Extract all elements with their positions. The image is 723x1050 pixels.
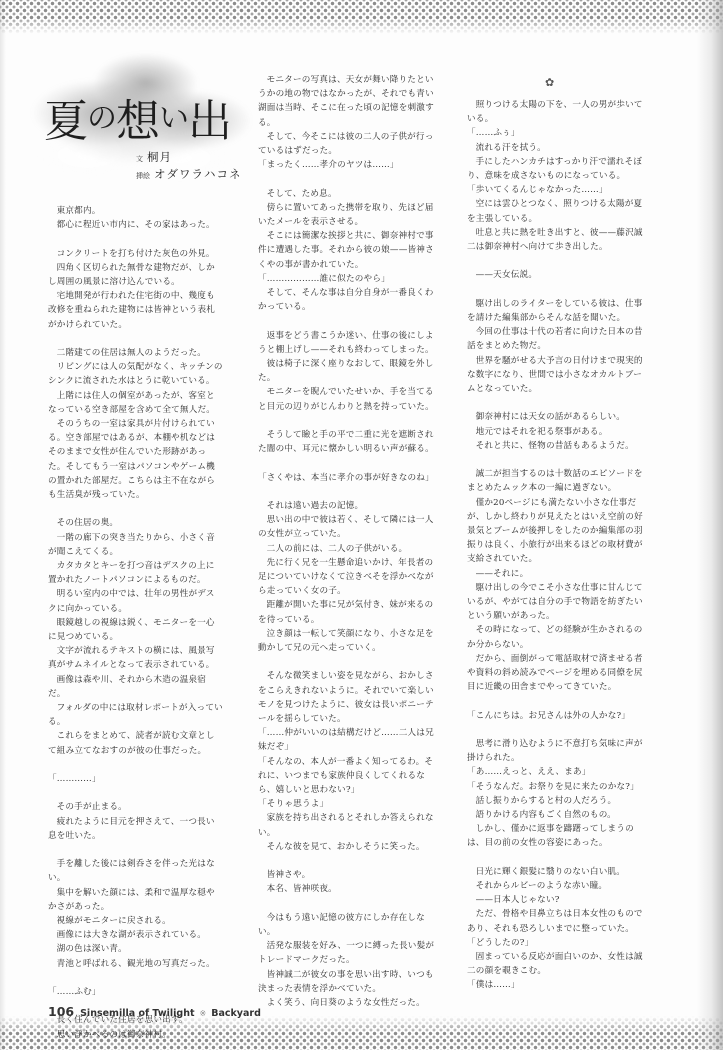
section-name: Backyard: [211, 1008, 261, 1019]
paragraph: 画像は森や川、それから木造の温泉宿だ。: [48, 673, 223, 701]
paragraph: 日光に輝く銀髪に翳りのない白い肌。: [467, 865, 647, 879]
paragraph-spacer: [467, 396, 647, 410]
dialogue-line: 「……ふぅ」: [467, 126, 647, 140]
dialogue-line: 「こんにちは。お兄さんは外の人かな?」: [467, 709, 647, 723]
magazine-page: 夏の想い出 文桐月 挿絵オダワラハコネ 東京都内。都心に程近い市内に、その家はあ…: [0, 0, 723, 1050]
paragraph: 照りつける太陽の下を、一人の男が歩いている。: [467, 98, 647, 126]
paragraph: 画像には大きな湖が表示されている。: [48, 928, 223, 942]
credit-illustrator: 挿絵オダワラハコネ: [136, 167, 242, 184]
credit-name: オダワラハコネ: [154, 167, 242, 181]
paragraph-spacer: [48, 786, 223, 800]
dialogue-line: 「……ふむ」: [48, 985, 223, 999]
paragraph: 空には雲ひとつなく、照りつける太陽が夏を主張している。: [467, 197, 647, 225]
series-title: Sinsemilla of Twilight: [80, 1008, 194, 1019]
paragraph-spacer: [467, 694, 647, 708]
paragraph: 流れる汗を拭う。: [467, 141, 647, 155]
paragraph: 一階の廊下の突き当たりから、小さく音が聞こえてくる。: [48, 531, 223, 559]
paragraph-spacer: [258, 485, 438, 499]
paragraph: ——天女伝説。: [467, 268, 647, 282]
dialogue-line: 「そんなの、本人が一番よく知ってるわ。それに、いつまでも家族仲良くしてくれるなら…: [258, 755, 438, 798]
paragraph: 誠二が担当するのは十数話のエピソードをまとめたムック本の一編に過ぎない。: [467, 467, 647, 495]
paragraph-spacer: [467, 453, 647, 467]
section-break-ornament-icon: ✿: [545, 76, 554, 89]
paragraph-spacer: [258, 456, 438, 470]
page-footer: 106Sinsemilla of Twilight※Backyard: [48, 1001, 261, 1020]
paragraph: それと共に、怪物の昔話もあるようだ。: [467, 439, 647, 453]
paragraph: 思考に滑り込むように不意打ち気味に声が掛けられた。: [467, 737, 647, 765]
story-title: 夏の想い出: [44, 100, 231, 144]
paragraph: 先に行く兄を一生懸命追いかけ、年長者の足についていけなくて泣きべそを浮かべながら…: [258, 556, 438, 599]
paragraph: リビングには人の気配がなく、キッチンのシンクに流された水はとうに乾いている。: [48, 360, 223, 388]
paragraph: そのうちの一室は家具が片付けられている。空き部屋ではあるが、本棚や机などはそのま…: [48, 417, 223, 502]
page-number: 106: [48, 1004, 74, 1019]
title-char: 出: [188, 96, 231, 147]
paragraph: 世界を騒がせる大予言の日付けまで現実的な数字になり、世間では小さなオカルトブーム…: [467, 354, 647, 397]
paragraph-spacer: [258, 414, 438, 428]
credit-author: 文桐月: [136, 150, 242, 167]
paragraph: 距離が開いた事に兄が気付き、妹が来るのを待っている。: [258, 598, 438, 626]
credit-name: 桐月: [147, 150, 172, 164]
paragraph: 固まっている反応が面白いのか、女性は誠二の顔を覗きこむ。: [467, 950, 647, 978]
paragraph: 東京都内。: [48, 204, 223, 218]
paragraph: 思い出の中で彼は若く、そして隣には一人の女性が立っていた。: [258, 513, 438, 541]
paragraph-spacer: [258, 854, 438, 868]
dialogue-line: 「歩いてくるんじゃなかった……」: [467, 183, 647, 197]
paragraph: だから、面倒がって電話取材で済ませる者や資料の斜め読みでページを埋める同僚を尻目…: [467, 652, 647, 695]
dialogue-line: 「あ……えっと、ええ、まあ」: [467, 765, 647, 779]
dialogue-line: 「そうなんだ。お祭りを見に来たのかな?」: [467, 780, 647, 794]
dialogue-line: 「僕は……」: [467, 978, 647, 992]
story-credits: 文桐月 挿絵オダワラハコネ: [136, 150, 242, 184]
paragraph: 青池と呼ばれる、観光地の写真だった。: [48, 957, 223, 971]
title-char: 夏: [44, 96, 87, 147]
paragraph: 手にしたハンカチはすっかり汗で濡れそぼり、意味を成さないものになっている。: [467, 155, 647, 183]
dialogue-line: 「…………」: [48, 772, 223, 786]
paragraph: コンクリートを打ち付けた灰色の外見。: [48, 247, 223, 261]
paragraph: それからルビーのような赤い瞳。: [467, 879, 647, 893]
paragraph: しかし、僅かに返事を躊躇ってしまうのは、目の前の女性の容姿にあった。: [467, 822, 647, 850]
paragraph: その時になって、どの経験が生かされるのか分からない。: [467, 623, 647, 651]
paragraph: 四角く区切られた無骨な建物だが、しかし周囲の風景に溶け込んでいる。: [48, 261, 223, 289]
text-column-2: モニターの写真は、天女が舞い降りたというかの地の物ではなかったが、それでも青い湖…: [258, 73, 438, 1010]
credit-role: 文: [136, 155, 143, 163]
paragraph-spacer: [48, 502, 223, 516]
paragraph: 湖の色は深い青。: [48, 942, 223, 956]
paragraph: 視線がモニターに戻される。: [48, 914, 223, 928]
paragraph: 疲れたように目元を押さえて、一つ長い息を吐いた。: [48, 815, 223, 843]
paragraph: 今はもう遠い記憶の彼方にしか存在しない。: [258, 911, 438, 939]
paragraph: そこには簡潔な挨拶と共に、御奈神村で事件に遭遇した事。それから彼の娘——皆神さく…: [258, 229, 438, 272]
paragraph: フォルダの中には取材レポートが入っている。: [48, 701, 223, 729]
dialogue-line: 「どうしたの?」: [467, 936, 647, 950]
paragraph: 吐息と共に熱を吐き出すと、彼——藤沢誠二は御奈神村へ向けて歩き出した。: [467, 226, 647, 254]
paragraph: モニターの写真は、天女が舞い降りたというかの地の物ではなかったが、それでも青い湖…: [258, 73, 438, 130]
paragraph: 二階建ての住居は無人のようだった。: [48, 346, 223, 360]
paragraph: 上階には住人の個室があったが、客室となっている空き部屋を含めて全て無人だ。: [48, 389, 223, 417]
paragraph: その住居の奥。: [48, 516, 223, 530]
paragraph: 駆け出しの今でこそ小さな仕事に甘んじているが、やがては自分の手で物語を紡ぎたいと…: [467, 581, 647, 624]
paragraph: その手が止まる。: [48, 800, 223, 814]
paragraph-spacer: [467, 723, 647, 737]
paragraph-spacer: [48, 758, 223, 772]
paragraph: 泣き顔は一転して笑顔になり、小さな足を動かして兄の元へ走っていく。: [258, 627, 438, 655]
paragraph: 家族を持ち出されるとそれしか答えられない。: [258, 811, 438, 839]
dialogue-line: 「………………誰に似たのやら」: [258, 272, 438, 286]
paragraph-spacer: [258, 897, 438, 911]
title-char: い: [159, 101, 188, 136]
paragraph: そして、ため息。: [258, 187, 438, 201]
paragraph: 手を離した後には剣呑さを伴った光はない。: [48, 857, 223, 885]
paragraph: そんな彼を見て、おかしそうに笑った。: [258, 840, 438, 854]
text-column-1: 東京都内。都心に程近い市内に、その家はあった。コンクリートを打ち付けた灰色の外見…: [48, 204, 223, 1042]
paragraph: 思い浮かべるのは御奈神村。: [48, 1028, 223, 1042]
paragraph: 宅地開発が行われた住宅街の中、幾度も改修を重ねられた建物には皆神という表札がかけ…: [48, 289, 223, 332]
paragraph: 集中を解いた顔には、柔和で温厚な穏やかさがあった。: [48, 886, 223, 914]
paragraph: そして、今そこには彼の二人の子供が行っているはずだった。: [258, 130, 438, 158]
footer-separator-icon: ※: [200, 1009, 207, 1018]
credit-role: 挿絵: [136, 172, 150, 180]
paragraph: 二人の前には、二人の子供がいる。: [258, 542, 438, 556]
paragraph: それは遠い過去の記憶。: [258, 499, 438, 513]
paragraph: そして、そんな事は自分自身が一番良くわかっている。: [258, 286, 438, 314]
paragraph: 話し振りからすると村の人だろう。: [467, 794, 647, 808]
text-column-3: 照りつける太陽の下を、一人の男が歩いている。「……ふぅ」流れる汗を拭う。手にした…: [467, 98, 647, 993]
paragraph-spacer: [467, 851, 647, 865]
paragraph: そんな微笑ましい姿を見ながら、おかしさをこらえきれないように。それでいて楽しいモ…: [258, 669, 438, 726]
paragraph-spacer: [467, 254, 647, 268]
paragraph-spacer: [48, 843, 223, 857]
paragraph: 活発な服装を好み、一つに縛った長い髪がトレードマークだった。: [258, 939, 438, 967]
paragraph-spacer: [48, 232, 223, 246]
paragraph: ——日本人じゃない?: [467, 893, 647, 907]
paragraph-spacer: [258, 314, 438, 328]
paragraph: 御奈神村には天女の話があるらしい。: [467, 410, 647, 424]
paragraph: 地元ではそれを祀る祭事がある。: [467, 425, 647, 439]
paragraph: カタカタとキーを打つ音はデスクの上に置かれたノートパソコンによるものだ。: [48, 559, 223, 587]
paragraph: これらをまとめて、読者が読む文章として組み立てなおすのが彼の仕事だった。: [48, 729, 223, 757]
dialogue-line: 「さくやは、本当に孝介の事が好きなのね」: [258, 471, 438, 485]
paragraph-spacer: [48, 332, 223, 346]
paragraph: 今回の仕事は十代の若者に向けた日本の昔話をまとめた物だ。: [467, 325, 647, 353]
paragraph: ただ、骨格や目鼻立ちは日本女性のものであり、それも恐ろしいまでに整っていた。: [467, 907, 647, 935]
paragraph: 僅か20ページにも満たない小さな仕事だが、しかし終わりが見えたとはいえ空前の好景…: [467, 496, 647, 567]
paragraph-spacer: [467, 283, 647, 297]
paragraph-spacer: [258, 655, 438, 669]
paragraph: 駆け出しのライターをしている彼は、仕事を請けた編集部からそんな話を聞いた。: [467, 297, 647, 325]
paragraph: そうして瞼と手の平で二重に光を遮断された闇の中、耳元に懐かしい明るい声が蘇る。: [258, 428, 438, 456]
paragraph: 文字が流れるテキストの横には、風景写真がサムネイルとなって表示されている。: [48, 644, 223, 672]
paragraph: 都心に程近い市内に、その家はあった。: [48, 218, 223, 232]
paragraph-spacer: [258, 172, 438, 186]
dialogue-line: 「まったく……孝介のヤツは……」: [258, 158, 438, 172]
paragraph: 明るい室内の中では、壮年の男性がデスクに向かっている。: [48, 587, 223, 615]
book-gutter-shadow: [697, 0, 723, 1050]
dialogue-line: 「そりゃ思うよ」: [258, 797, 438, 811]
title-char: の: [87, 101, 116, 136]
paragraph: 傍らに置いてあった携帯を取り、先ほど届いたメールを表示させる。: [258, 201, 438, 229]
paragraph-spacer: [48, 971, 223, 985]
title-char: 想: [116, 96, 159, 147]
paragraph: 皆神誠二が彼女の事を思い出す時、いつも決まった表情を浮かべていた。: [258, 968, 438, 996]
dialogue-line: 「……仲がいいのは結構だけど……二人は兄妹だぞ」: [258, 726, 438, 754]
paragraph: 本名、皆神咲夜。: [258, 882, 438, 896]
paragraph: 返事をどう書こうか迷い、仕事の後にしようと棚上げし——それも終わってしまった。: [258, 329, 438, 357]
halftone-band-top: [0, 0, 723, 34]
paragraph: ——それに。: [467, 567, 647, 581]
paragraph: 眼鏡越しの視線は鋭く、モニターを一心に見つめている。: [48, 616, 223, 644]
paragraph: 語りかける内容もごく自然のもの。: [467, 808, 647, 822]
paragraph: モニターを睨んでいたせいか、手を当てると目元の辺りがじんわりと熱を持っていた。: [258, 385, 438, 413]
paragraph: よく笑う、向日葵のような女性だった。: [258, 996, 438, 1010]
paragraph: 皆神さや。: [258, 868, 438, 882]
page-left-edge-shadow: [0, 0, 6, 1050]
paragraph: 彼は椅子に深く座りなおして、眼鏡を外した。: [258, 357, 438, 385]
